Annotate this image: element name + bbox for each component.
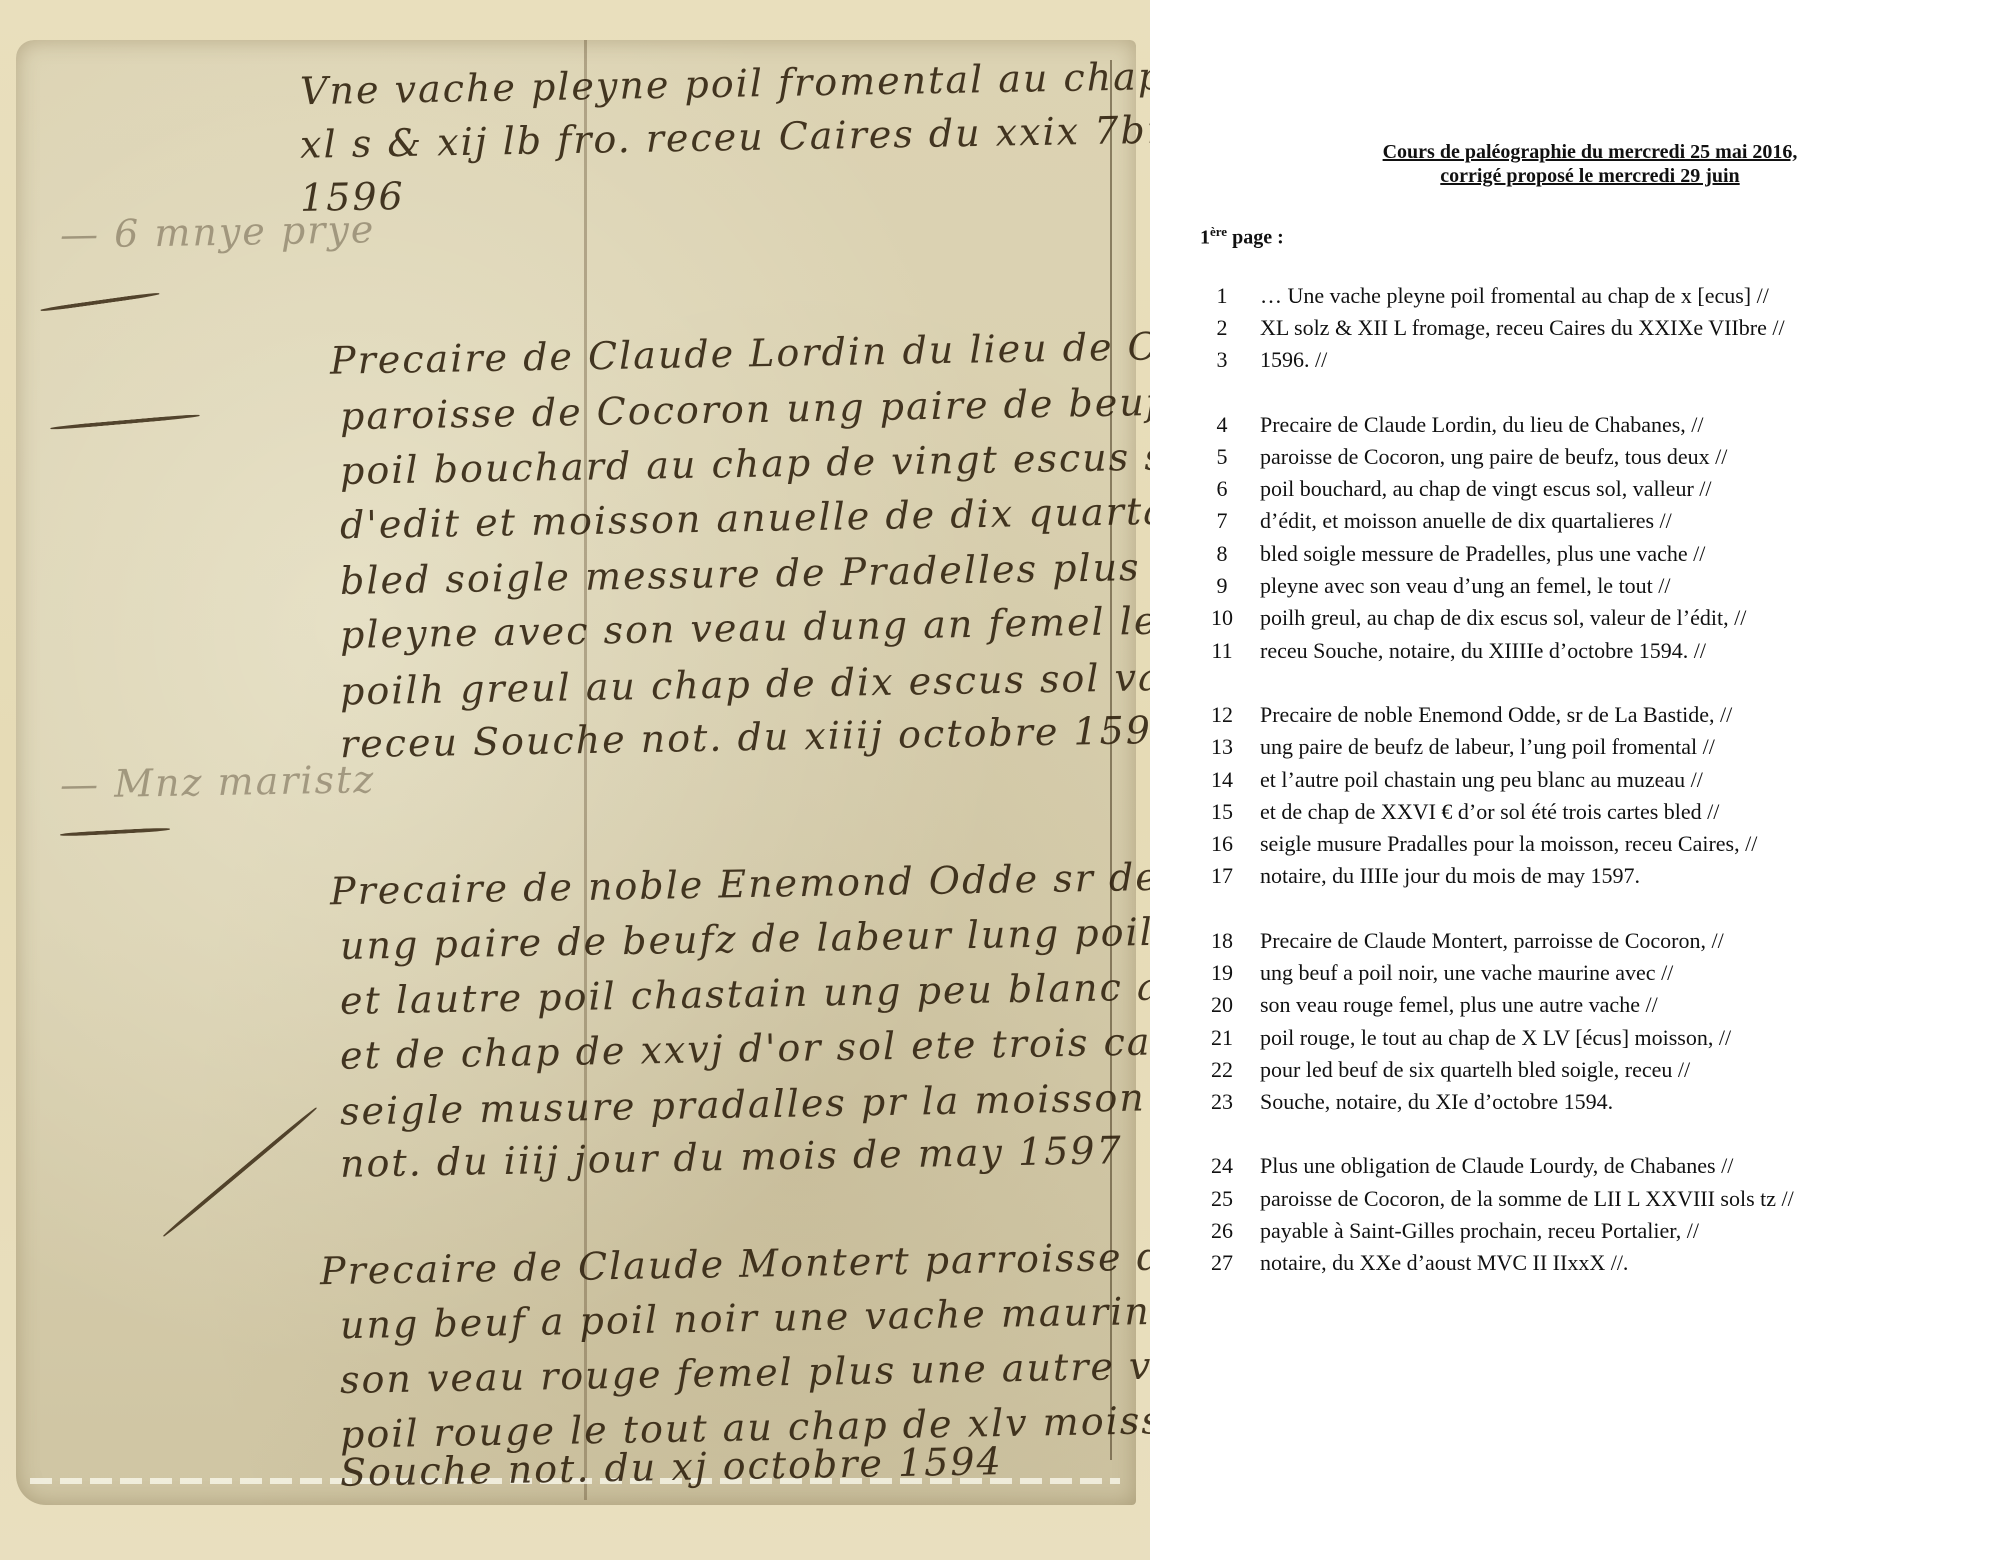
transcription-line: 4Precaire de Claude Lordin, du lieu de C… bbox=[1200, 409, 1980, 441]
page-label-text: page : bbox=[1227, 227, 1284, 249]
line-text: poilh greul, au chap de dix escus sol, v… bbox=[1244, 602, 1746, 634]
transcription-blocks: 1… Une vache pleyne poil fromental au ch… bbox=[1200, 280, 1980, 1280]
line-text: et l’autre poil chastain ung peu blanc a… bbox=[1244, 764, 1703, 796]
paragraph-block: 18Precaire de Claude Montert, parroisse … bbox=[1200, 925, 1980, 1119]
line-number: 20 bbox=[1200, 989, 1244, 1021]
line-number: 19 bbox=[1200, 957, 1244, 989]
line-text: paroisse de Cocoron, ung paire de beufz,… bbox=[1244, 441, 1727, 473]
title-line-2: corrigé proposé le mercredi 29 juin bbox=[1200, 164, 1980, 188]
transcription-line: 15et de chap de XXVI € d’or sol été troi… bbox=[1200, 796, 1980, 828]
line-number: 6 bbox=[1200, 473, 1244, 505]
transcription-line: 11receu Souche, notaire, du XIIIIe d’oct… bbox=[1200, 635, 1980, 667]
transcription-line: 1… Une vache pleyne poil fromental au ch… bbox=[1200, 280, 1980, 312]
transcription-line: 17notaire, du IIIIe jour du mois de may … bbox=[1200, 860, 1980, 892]
transcription-line: 13ung paire de beufz de labeur, l’ung po… bbox=[1200, 731, 1980, 763]
line-text: paroisse de Cocoron, de la somme de LII … bbox=[1244, 1183, 1794, 1215]
line-text: XL solz & XII L fromage, receu Caires du… bbox=[1244, 312, 1785, 344]
line-number: 13 bbox=[1200, 731, 1244, 763]
line-number: 25 bbox=[1200, 1183, 1244, 1215]
line-number: 5 bbox=[1200, 441, 1244, 473]
line-text: receu Souche, notaire, du XIIIIe d’octob… bbox=[1244, 635, 1706, 667]
handwriting-margin: — Mnz maristz bbox=[60, 757, 376, 806]
line-number: 14 bbox=[1200, 764, 1244, 796]
line-text: poil rouge, le tout au chap de X LV [écu… bbox=[1244, 1022, 1731, 1054]
line-number: 11 bbox=[1200, 635, 1244, 667]
line-text: 1596. // bbox=[1244, 344, 1327, 376]
line-text: notaire, du XXe d’aoust MVC II IIxxX //. bbox=[1244, 1247, 1628, 1279]
line-text: Souche, notaire, du XIe d’octobre 1594. bbox=[1244, 1086, 1613, 1118]
paragraph-block: 12Precaire de noble Enemond Odde, sr de … bbox=[1200, 699, 1980, 893]
line-text: pleyne avec son veau d’ung an femel, le … bbox=[1244, 570, 1671, 602]
line-number: 27 bbox=[1200, 1247, 1244, 1279]
line-text: ung paire de beufz de labeur, l’ung poil… bbox=[1244, 731, 1715, 763]
transcription-line: 19ung beuf a poil noir, une vache maurin… bbox=[1200, 957, 1980, 989]
line-number: 16 bbox=[1200, 828, 1244, 860]
line-number: 8 bbox=[1200, 538, 1244, 570]
transcription-line: 24Plus une obligation de Claude Lourdy, … bbox=[1200, 1150, 1980, 1182]
line-text: poil bouchard, au chap de vingt escus so… bbox=[1244, 473, 1712, 505]
line-number: 15 bbox=[1200, 796, 1244, 828]
transcription-line: 20son veau rouge femel, plus une autre v… bbox=[1200, 989, 1980, 1021]
line-number: 3 bbox=[1200, 344, 1244, 376]
line-text: Precaire de noble Enemond Odde, sr de La… bbox=[1244, 699, 1732, 731]
transcription-line: 9pleyne avec son veau d’ung an femel, le… bbox=[1200, 570, 1980, 602]
transcription-line: 18Precaire de Claude Montert, parroisse … bbox=[1200, 925, 1980, 957]
transcription-line: 31596. // bbox=[1200, 344, 1980, 376]
line-text: d’édit, et moisson anuelle de dix quarta… bbox=[1244, 505, 1672, 537]
line-text: seigle musure Pradalles pour la moisson,… bbox=[1244, 828, 1757, 860]
line-number: 24 bbox=[1200, 1150, 1244, 1182]
line-text: et de chap de XXVI € d’or sol été trois … bbox=[1244, 796, 1719, 828]
line-text: bled soigle messure de Pradelles, plus u… bbox=[1244, 538, 1705, 570]
line-number: 18 bbox=[1200, 925, 1244, 957]
line-text: pour led beuf de six quartelh bled soigl… bbox=[1244, 1054, 1690, 1086]
transcription-line: 8bled soigle messure de Pradelles, plus … bbox=[1200, 538, 1980, 570]
transcription-panel: Cours de paléographie du mercredi 25 mai… bbox=[1200, 140, 1980, 1312]
transcription-line: 25paroisse de Cocoron, de la somme de LI… bbox=[1200, 1183, 1980, 1215]
line-text: Plus une obligation de Claude Lourdy, de… bbox=[1244, 1150, 1733, 1182]
line-number: 7 bbox=[1200, 505, 1244, 537]
line-text: … Une vache pleyne poil fromental au cha… bbox=[1244, 280, 1769, 312]
line-text: notaire, du IIIIe jour du mois de may 15… bbox=[1244, 860, 1640, 892]
transcription-line: 22pour led beuf de six quartelh bled soi… bbox=[1200, 1054, 1980, 1086]
transcription-line: 16seigle musure Pradalles pour la moisso… bbox=[1200, 828, 1980, 860]
transcription-line: 2XL solz & XII L fromage, receu Caires d… bbox=[1200, 312, 1980, 344]
page-label: 1ère page : bbox=[1200, 224, 1980, 250]
line-number: 23 bbox=[1200, 1086, 1244, 1118]
paragraph-block: 24Plus une obligation de Claude Lourdy, … bbox=[1200, 1150, 1980, 1279]
transcription-line: 6poil bouchard, au chap de vingt escus s… bbox=[1200, 473, 1980, 505]
transcription-line: 10poilh greul, au chap de dix escus sol,… bbox=[1200, 602, 1980, 634]
line-number: 21 bbox=[1200, 1022, 1244, 1054]
transcription-line: 5paroisse de Cocoron, ung paire de beufz… bbox=[1200, 441, 1980, 473]
transcription-line: 12Precaire de noble Enemond Odde, sr de … bbox=[1200, 699, 1980, 731]
line-number: 10 bbox=[1200, 602, 1244, 634]
paragraph-block: 4Precaire de Claude Lordin, du lieu de C… bbox=[1200, 409, 1980, 667]
transcription-line: 7d’édit, et moisson anuelle de dix quart… bbox=[1200, 505, 1980, 537]
line-number: 1 bbox=[1200, 280, 1244, 312]
line-text: son veau rouge femel, plus une autre vac… bbox=[1244, 989, 1658, 1021]
line-text: Precaire de Claude Montert, parroisse de… bbox=[1244, 925, 1724, 957]
title-line-1: Cours de paléographie du mercredi 25 mai… bbox=[1200, 140, 1980, 164]
page-ordinal-suffix: ère bbox=[1210, 224, 1227, 239]
transcription-line: 21poil rouge, le tout au chap de X LV [é… bbox=[1200, 1022, 1980, 1054]
line-text: Precaire de Claude Lordin, du lieu de Ch… bbox=[1244, 409, 1704, 441]
line-number: 4 bbox=[1200, 409, 1244, 441]
transcription-line: 26payable à Saint-Gilles prochain, receu… bbox=[1200, 1215, 1980, 1247]
transcription-line: 14et l’autre poil chastain ung peu blanc… bbox=[1200, 764, 1980, 796]
paragraph-block: 1… Une vache pleyne poil fromental au ch… bbox=[1200, 280, 1980, 377]
document-title: Cours de paléographie du mercredi 25 mai… bbox=[1200, 140, 1980, 188]
line-text: ung beuf a poil noir, une vache maurine … bbox=[1244, 957, 1673, 989]
transcription-line: 27notaire, du XXe d’aoust MVC II IIxxX /… bbox=[1200, 1247, 1980, 1279]
page-number: 1 bbox=[1200, 227, 1210, 249]
line-number: 22 bbox=[1200, 1054, 1244, 1086]
line-number: 12 bbox=[1200, 699, 1244, 731]
line-number: 9 bbox=[1200, 570, 1244, 602]
handwriting-margin: — 6 mnye prye bbox=[60, 207, 376, 256]
line-number: 2 bbox=[1200, 312, 1244, 344]
transcription-line: 23Souche, notaire, du XIe d’octobre 1594… bbox=[1200, 1086, 1980, 1118]
line-number: 26 bbox=[1200, 1215, 1244, 1247]
line-text: payable à Saint-Gilles prochain, receu P… bbox=[1244, 1215, 1699, 1247]
line-number: 17 bbox=[1200, 860, 1244, 892]
manuscript-photo: Vne vache pleyne poil fromental au chap … bbox=[0, 0, 1150, 1560]
